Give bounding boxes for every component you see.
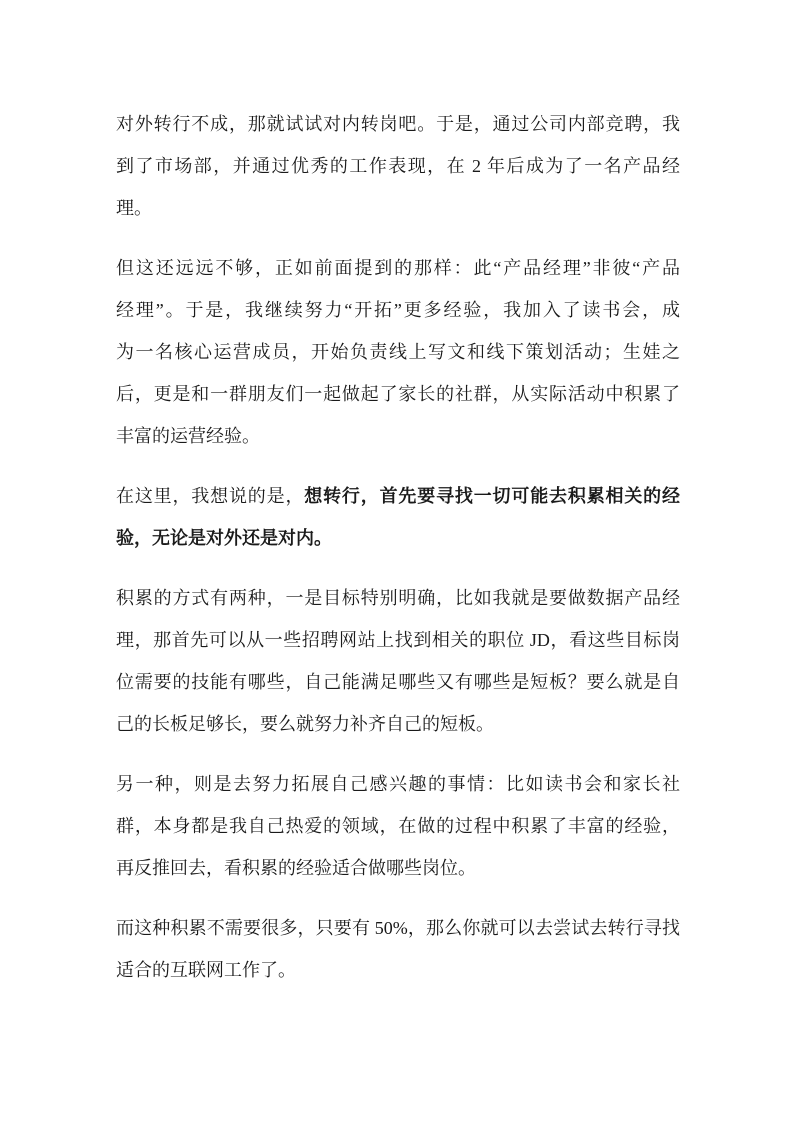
text-line: 己的长板足够长，要么就努力补齐自己的短板。	[116, 703, 680, 745]
text-run: 另一种，则是去努力拓展自己感兴趣的事情：比如读书会和家长社	[116, 774, 680, 794]
text-line: 适合的互联网工作了。	[116, 949, 680, 991]
text-line: 在这里，我想说的是，想转行，首先要寻找一切可能去积累相关的经	[116, 475, 680, 517]
text-line: 而这种积累不需要很多，只要有 50%，那么你就可以去尝试去转行寻找	[116, 907, 680, 949]
text-line: 再反推回去，看积累的经验适合做哪些岗位。	[116, 847, 680, 889]
text-run: 但这还远远不够，正如前面提到的那样：此“产品经理”非彼“产品	[116, 258, 680, 278]
paragraph: 对外转行不成，那就试试对内转岗吧。于是，通过公司内部竞聘，我到了市场部，并通过优…	[116, 103, 680, 229]
text-line: 对外转行不成，那就试试对内转岗吧。于是，通过公司内部竞聘，我	[116, 103, 680, 145]
text-run: 在这里，我想说的是，	[116, 486, 304, 506]
text-run: 对外转行不成，那就试试对内转岗吧。于是，通过公司内部竞聘，我	[116, 114, 680, 134]
text-line: 但这还远远不够，正如前面提到的那样：此“产品经理”非彼“产品	[116, 247, 680, 289]
text-line: 经理”。于是，我继续努力“开拓”更多经验，我加入了读书会，成	[116, 289, 680, 331]
document-body: 对外转行不成，那就试试对内转岗吧。于是，通过公司内部竞聘，我到了市场部，并通过优…	[116, 103, 680, 1009]
paragraph: 在这里，我想说的是，想转行，首先要寻找一切可能去积累相关的经验，无论是对外还是对…	[116, 475, 680, 559]
text-run: 适合的互联网工作了。	[116, 960, 296, 980]
text-run: 群，本身都是我自己热爱的领域，在做的过程中积累了丰富的经验，	[116, 816, 680, 836]
text-line: 另一种，则是去努力拓展自己感兴趣的事情：比如读书会和家长社	[116, 763, 680, 805]
text-line: 群，本身都是我自己热爱的领域，在做的过程中积累了丰富的经验，	[116, 805, 680, 847]
text-run: 丰富的运营经验。	[116, 426, 260, 446]
bold-text-run: 想转行，首先要寻找一切可能去积累相关的经	[304, 486, 680, 506]
text-run: 己的长板足够长，要么就努力补齐自己的短板。	[116, 714, 494, 734]
paragraph: 但这还远远不够，正如前面提到的那样：此“产品经理”非彼“产品经理”。于是，我继续…	[116, 247, 680, 457]
text-run: 到了市场部，并通过优秀的工作表现，在 2 年后成为了一名产品经	[116, 156, 680, 176]
text-run: 理。	[116, 198, 152, 218]
text-run: 后，更是和一群朋友们一起做起了家长的社群，从实际活动中积累了	[116, 384, 680, 404]
text-run: 理，那首先可以从一些招聘网站上找到相关的职位 JD，看这些目标岗	[116, 630, 680, 650]
text-run: 经理”。于是，我继续努力“开拓”更多经验，我加入了读书会，成	[116, 300, 680, 320]
paragraph: 积累的方式有两种，一是目标特别明确，比如我就是要做数据产品经理，那首先可以从一些…	[116, 577, 680, 745]
text-line: 理，那首先可以从一些招聘网站上找到相关的职位 JD，看这些目标岗	[116, 619, 680, 661]
text-line: 理。	[116, 187, 680, 229]
text-line: 到了市场部，并通过优秀的工作表现，在 2 年后成为了一名产品经	[116, 145, 680, 187]
text-run: 再反推回去，看积累的经验适合做哪些岗位。	[116, 858, 476, 878]
paragraph: 而这种积累不需要很多，只要有 50%，那么你就可以去尝试去转行寻找适合的互联网工…	[116, 907, 680, 991]
text-line: 验，无论是对外还是对内。	[116, 517, 680, 559]
text-run: 积累的方式有两种，一是目标特别明确，比如我就是要做数据产品经	[116, 588, 680, 608]
text-line: 位需要的技能有哪些，自己能满足哪些又有哪些是短板？要么就是自	[116, 661, 680, 703]
text-run: 为一名核心运营成员，开始负责线上写文和线下策划活动；生娃之	[116, 342, 680, 362]
text-run: 位需要的技能有哪些，自己能满足哪些又有哪些是短板？要么就是自	[116, 672, 680, 692]
document-page: 对外转行不成，那就试试对内转岗吧。于是，通过公司内部竞聘，我到了市场部，并通过优…	[0, 0, 793, 1122]
text-run: 而这种积累不需要很多，只要有 50%，那么你就可以去尝试去转行寻找	[116, 918, 680, 938]
text-line: 后，更是和一群朋友们一起做起了家长的社群，从实际活动中积累了	[116, 373, 680, 415]
text-line: 为一名核心运营成员，开始负责线上写文和线下策划活动；生娃之	[116, 331, 680, 373]
text-line: 积累的方式有两种，一是目标特别明确，比如我就是要做数据产品经	[116, 577, 680, 619]
bold-text-run: 验，无论是对外还是对内。	[116, 528, 332, 548]
text-line: 丰富的运营经验。	[116, 415, 680, 457]
paragraph: 另一种，则是去努力拓展自己感兴趣的事情：比如读书会和家长社群，本身都是我自己热爱…	[116, 763, 680, 889]
